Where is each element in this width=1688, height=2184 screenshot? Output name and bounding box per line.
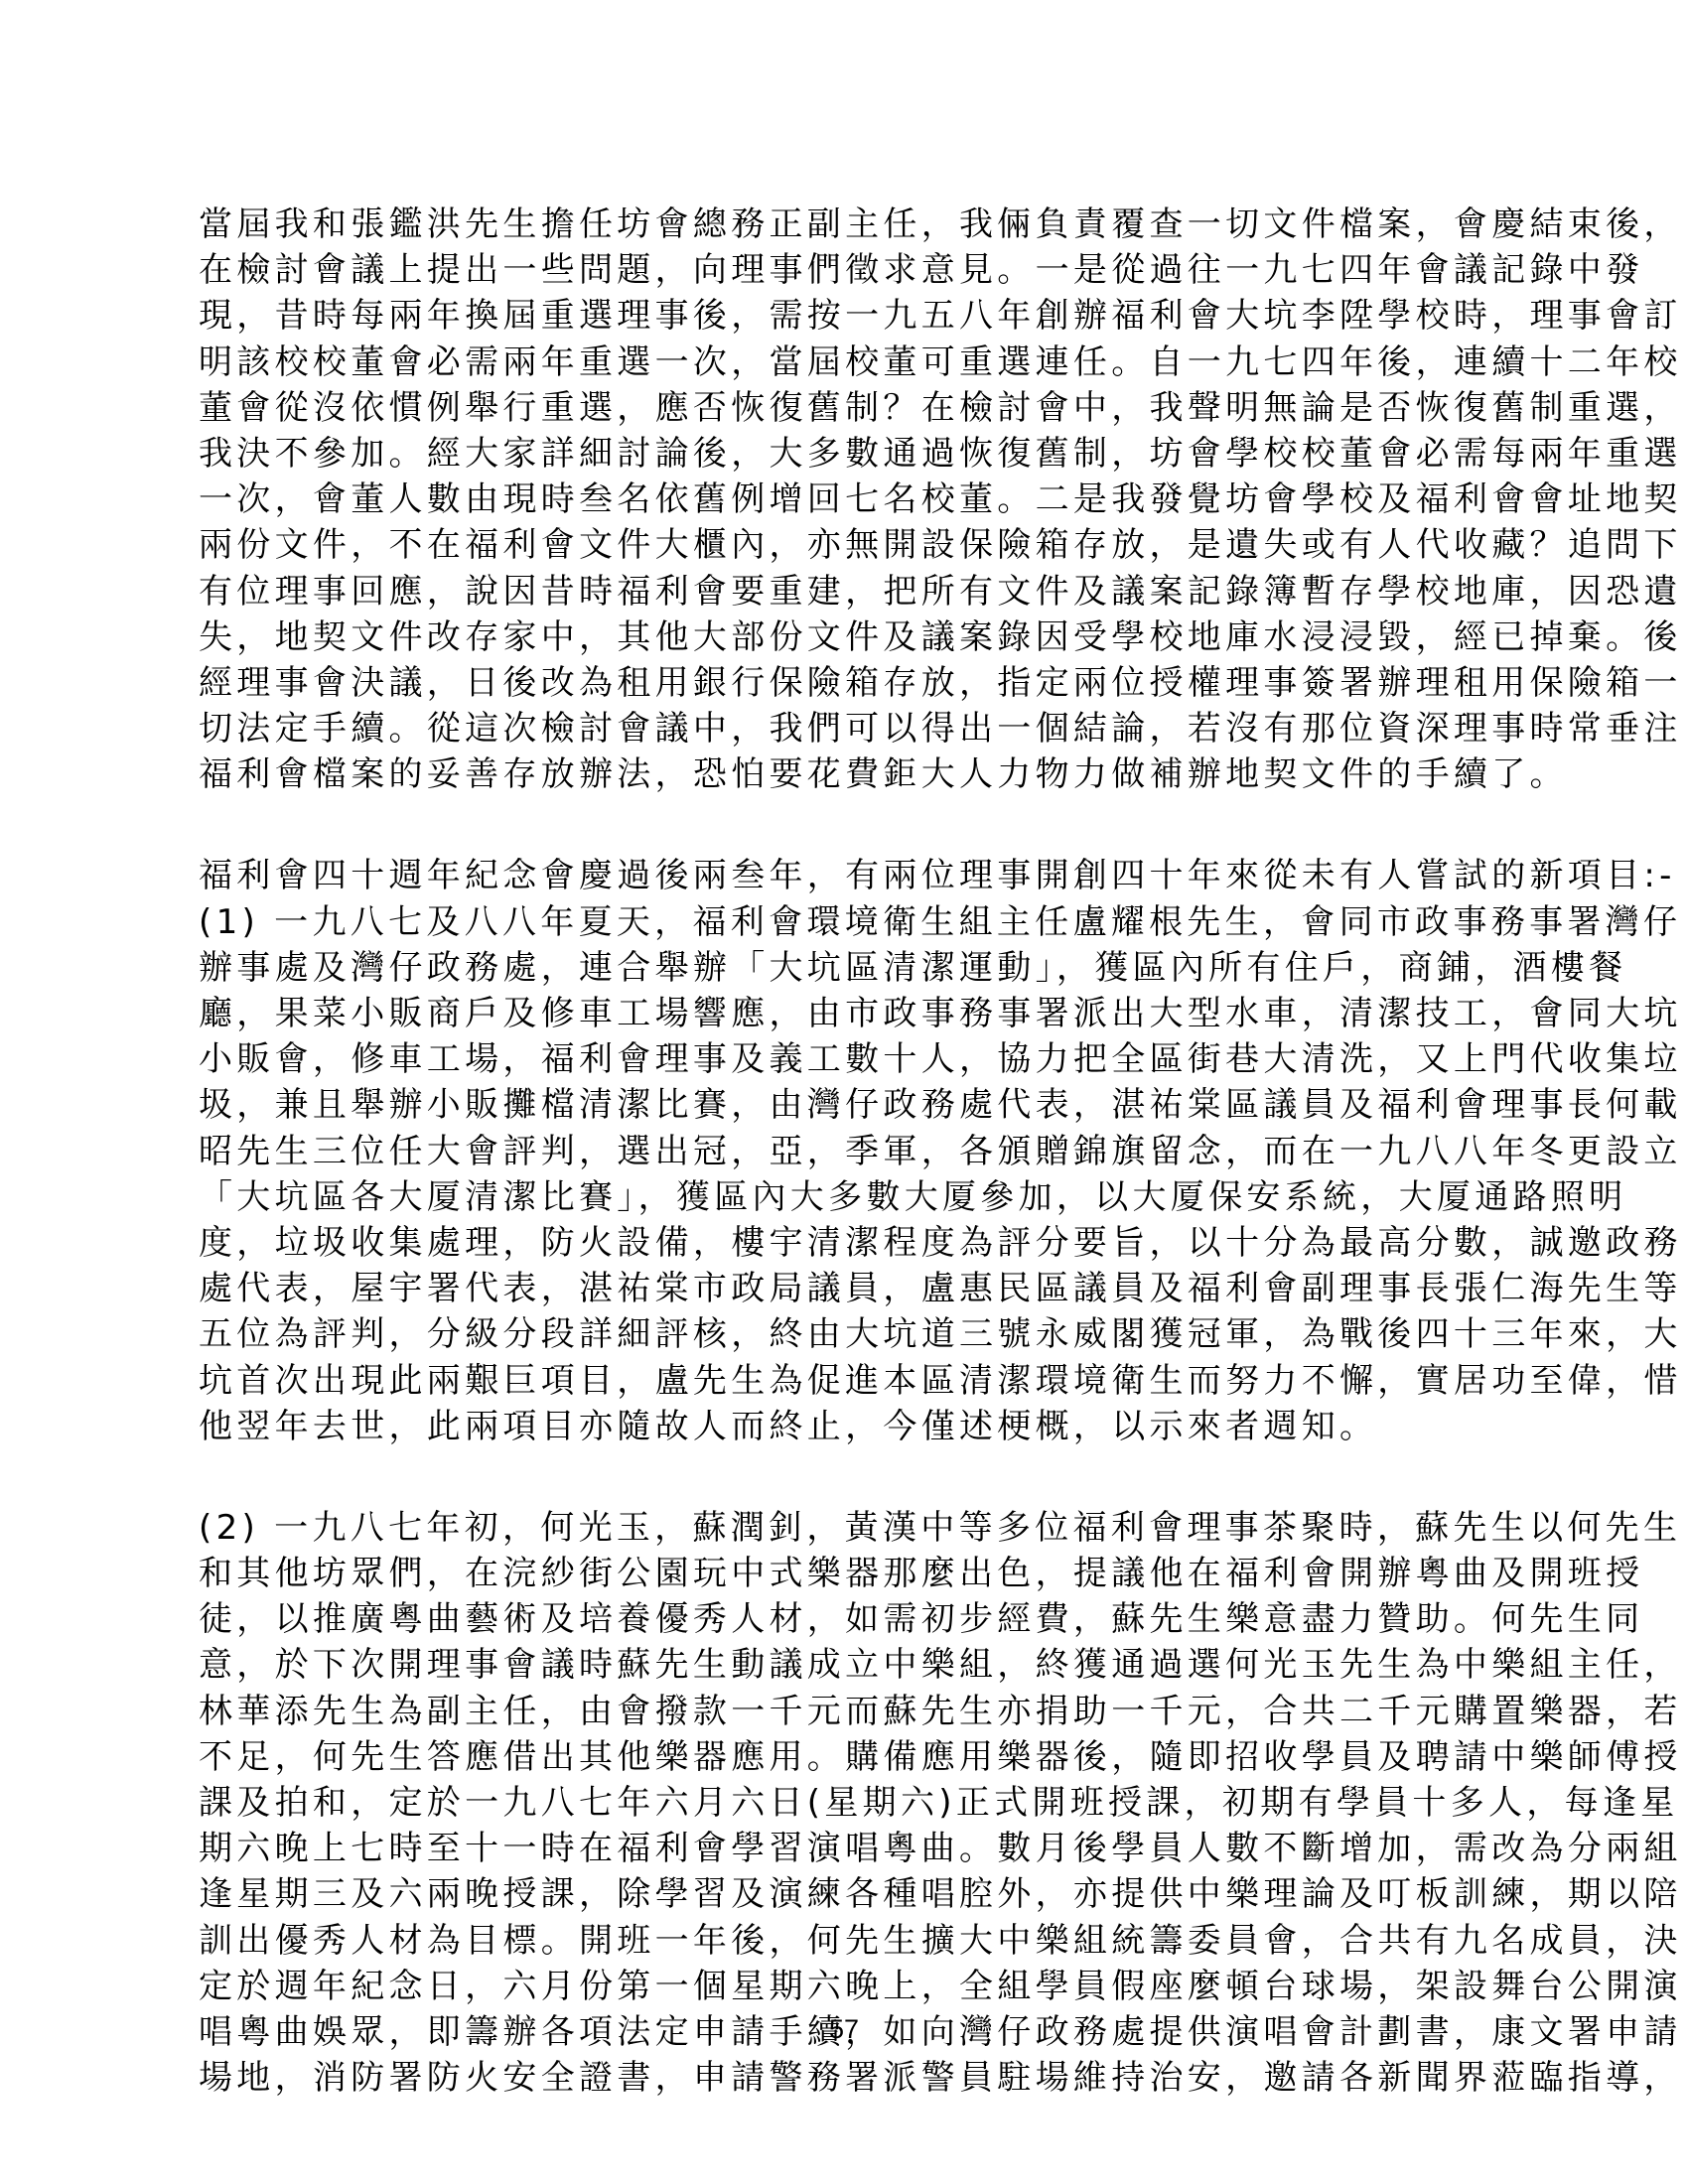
- body-text: 當屆我和張鑑洪先生擔任坊會總務正副主任，我倆負責覆查一切文件檔案，會慶結束後， …: [199, 202, 1499, 2101]
- text-line: 課及拍和，定於一九八七年六月六日(星期六)正式開班授課，初期有學員十多人，每逢星: [199, 1780, 1499, 1826]
- text-line: 逢星期三及六兩晚授課，除學習及演練各種唱腔外，亦提供中樂理論及叮板訓練，期以陪: [199, 1871, 1499, 1917]
- text-line: 切法定手續。從這次檢討會議中，我們可以得出一個結論，若沒有那位資深理事時常垂注: [199, 706, 1499, 751]
- text-line: 坑首次出現此兩艱巨項目，盧先生為促進本區清潔環境衛生而努力不懈，實居功至偉，惜: [199, 1358, 1499, 1404]
- text-line: 小販會，修車工場，福利會理事及義工數十人，協力把全區街巷大清洗，又上門代收集垃: [199, 1036, 1499, 1082]
- text-line: 經理事會決議，日後改為租用銀行保險箱存放，指定兩位授權理事簽署辦理租用保險箱一: [199, 660, 1499, 706]
- text-line: 度，垃圾收集處理，防火設備，樓宇清潔程度為評分要旨，以十分為最高分數，誠邀政務: [199, 1220, 1499, 1266]
- text-line: 兩份文件，不在福利會文件大櫃內，亦無開設保險箱存放，是遺失或有人代收藏？追問下: [199, 522, 1499, 568]
- text-line: 在檢討會議上提出一些問題，向理事們徵求意見。一是從過往一九七四年會議記錄中發: [199, 247, 1499, 293]
- page-number: 57: [0, 2014, 1688, 2045]
- text-line: 福利會四十週年紀念會慶過後兩叁年，有兩位理事開創四十年來從未有人嘗試的新項目:-: [199, 853, 1499, 898]
- text-line: 一次，會董人數由現時叁名依舊例增回七名校董。二是我發覺坊會學校及福利會會址地契: [199, 477, 1499, 522]
- text-line: 有位理事回應，說因昔時福利會要重建，把所有文件及議案記錄簿暫存學校地庫，因恐遺: [199, 569, 1499, 614]
- text-line: 他翌年去世，此兩項目亦隨故人而終止，今僅述梗概，以示來者週知。: [199, 1404, 1499, 1449]
- text-line: 徒，以推廣粵曲藝術及培養優秀人材，如需初步經費，蘇先生樂意盡力贊助。何先生同: [199, 1596, 1499, 1642]
- text-line: 處代表，屋宇署代表，湛祐棠市政局議員，盧惠民區議員及福利會副理事長張仁海先生等: [199, 1266, 1499, 1311]
- paragraph-gap: [199, 797, 1499, 853]
- text-line: 「大坑區各大厦清潔比賽」，獲區內大多數大厦參加，以大厦保安系統，大厦通路照明: [199, 1174, 1499, 1220]
- paragraph-gap: [199, 1449, 1499, 1505]
- text-line: 定於週年紀念日，六月份第一個星期六晚上，全組學員假座麼頓台球場，架設舞台公開演: [199, 1964, 1499, 2009]
- document-page: 當屆我和張鑑洪先生擔任坊會總務正副主任，我倆負責覆查一切文件檔案，會慶結束後， …: [0, 0, 1688, 2184]
- text-line: 場地，消防署防火安全證書，申請警務署派警員駐場維持治安，邀請各新聞界蒞臨指導，: [199, 2055, 1499, 2101]
- text-line: 不足，何先生答應借出其他樂器應用。購備應用樂器後，隨即招收學員及聘請中樂師傅授: [199, 1734, 1499, 1780]
- text-line: 林華添先生為副主任，由會撥款一千元而蘇先生亦捐助一千元，合共二千元購置樂器，若: [199, 1689, 1499, 1734]
- text-line: 圾，兼且舉辦小販攤檔清潔比賽，由灣仔政務處代表，湛祐棠區議員及福利會理事長何載: [199, 1082, 1499, 1128]
- paragraph-chinese-music-group: (2) 一九八七年初，何光玉，蘇潤釗，黃漢中等多位福利會理事茶聚時，蘇先生以何先…: [199, 1505, 1499, 2101]
- text-line: 辦事處及灣仔政務處，連合舉辦「大坑區清潔運動」，獲區內所有住戶，商鋪，酒樓餐: [199, 945, 1499, 991]
- text-line: (2) 一九八七年初，何光玉，蘇潤釗，黃漢中等多位福利會理事茶聚時，蘇先生以何先…: [199, 1505, 1499, 1551]
- text-line: 訓出優秀人材為目標。開班一年後，何先生擴大中樂組統籌委員會，合共有九名成員，決: [199, 1918, 1499, 1964]
- text-line: 現，昔時每兩年換屆重選理事後，需按一九五八年創辦福利會大坑李陞學校時，理事會訂: [199, 293, 1499, 339]
- text-line: 當屆我和張鑑洪先生擔任坊會總務正副主任，我倆負責覆查一切文件檔案，會慶結束後，: [199, 202, 1499, 247]
- text-line: 我決不參加。經大家詳細討論後，大多數通過恢復舊制，坊會學校校董會必需每兩年重選: [199, 431, 1499, 477]
- text-line: 五位為評判，分級分段詳細評核，終由大坑道三號永威閣獲冠軍，為戰後四十三年來，大: [199, 1311, 1499, 1357]
- text-line: 和其他坊眾們，在浣紗街公園玩中式樂器那麼出色，提議他在福利會開辦粵曲及開班授: [199, 1551, 1499, 1596]
- text-line: 福利會檔案的妥善存放辦法，恐怕要花費鉅大人力物力做補辦地契文件的手續了。: [199, 751, 1499, 797]
- text-line: (1) 一九八七及八八年夏天，福利會環境衛生組主任盧耀根先生，會同市政事務事署灣…: [199, 899, 1499, 945]
- paragraph-archive-review: 當屆我和張鑑洪先生擔任坊會總務正副主任，我倆負責覆查一切文件檔案，會慶結束後， …: [199, 202, 1499, 797]
- paragraph-cleaning-campaign: 福利會四十週年紀念會慶過後兩叁年，有兩位理事開創四十年來從未有人嘗試的新項目:-…: [199, 853, 1499, 1448]
- text-line: 意，於下次開理事會議時蘇先生動議成立中樂組，終獲通過選何光玉先生為中樂組主任，: [199, 1642, 1499, 1688]
- text-line: 廳，果菜小販商戶及修車工場響應，由市政事務事署派出大型水車，清潔技工，會同大坑: [199, 991, 1499, 1036]
- text-line: 期六晚上七時至十一時在福利會學習演唱粵曲。數月後學員人數不斷增加，需改為分兩組: [199, 1826, 1499, 1871]
- text-line: 明該校校董會必需兩年重選一次，當屆校董可重選連任。自一九七四年後，連續十二年校: [199, 340, 1499, 385]
- text-line: 失，地契文件改存家中，其他大部份文件及議案錄因受學校地庫水浸浸毀，經已掉棄。後: [199, 614, 1499, 660]
- text-line: 昭先生三位任大會評判，選出冠，亞，季軍，各頒贈錦旗留念，而在一九八八年冬更設立: [199, 1129, 1499, 1174]
- text-line: 董會從沒依慣例舉行重選，應否恢復舊制？在檢討會中，我聲明無論是否恢復舊制重選，: [199, 385, 1499, 431]
